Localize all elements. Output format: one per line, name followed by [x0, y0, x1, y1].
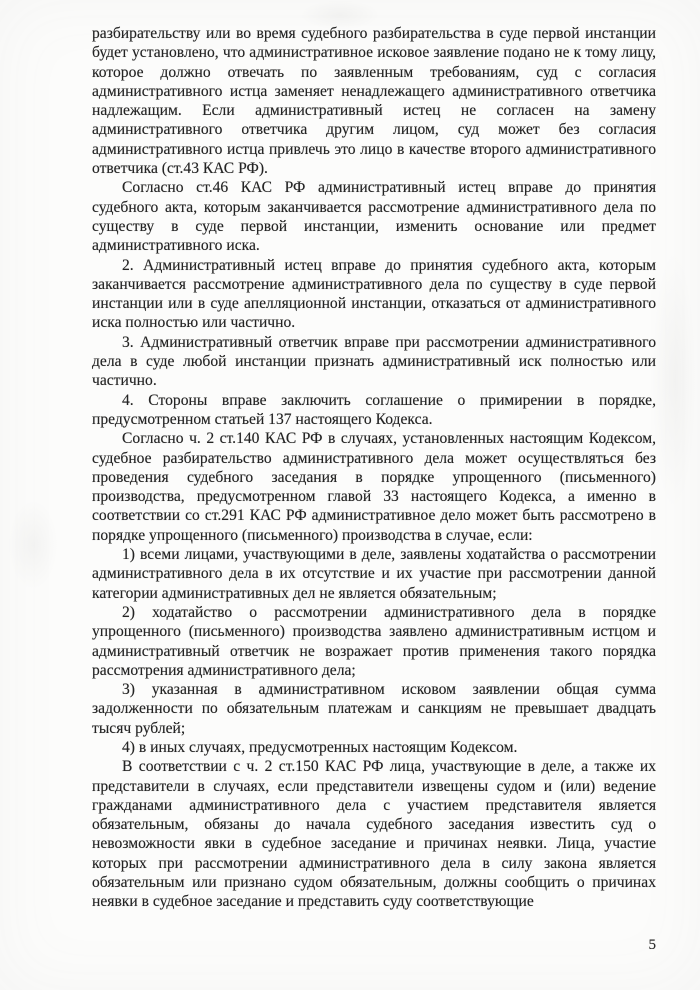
paragraph: 2) ходатайство о рассмотрении администра… [92, 603, 656, 680]
scan-smudge [8, 500, 58, 590]
scan-smudge [652, 250, 696, 510]
paragraph: 4) в иных случаях, предусмотренных насто… [92, 738, 656, 757]
paragraph: Согласно ч. 2 ст.140 КАС РФ в случаях, у… [92, 429, 656, 545]
paragraph: Согласно ст.46 КАС РФ административный и… [92, 178, 656, 255]
paragraph: 1) всеми лицами, участвующими в деле, за… [92, 545, 656, 603]
paragraph: В соответствии с ч. 2 ст.150 КАС РФ лица… [92, 757, 656, 911]
paragraph: 4. Стороны вправе заключить соглашение о… [92, 391, 656, 430]
paragraph: 2. Административный истец вправе до прин… [92, 256, 656, 333]
document-text-block: разбирательству или во время судебного р… [92, 24, 656, 912]
paragraph: разбирательству или во время судебного р… [92, 24, 656, 178]
paragraph: 3) указанная в административном исковом … [92, 680, 656, 738]
paragraph: 3. Административный ответчик вправе при … [92, 333, 656, 391]
page-number: 5 [600, 936, 656, 955]
scanned-document-page: разбирательству или во время судебного р… [0, 0, 700, 990]
